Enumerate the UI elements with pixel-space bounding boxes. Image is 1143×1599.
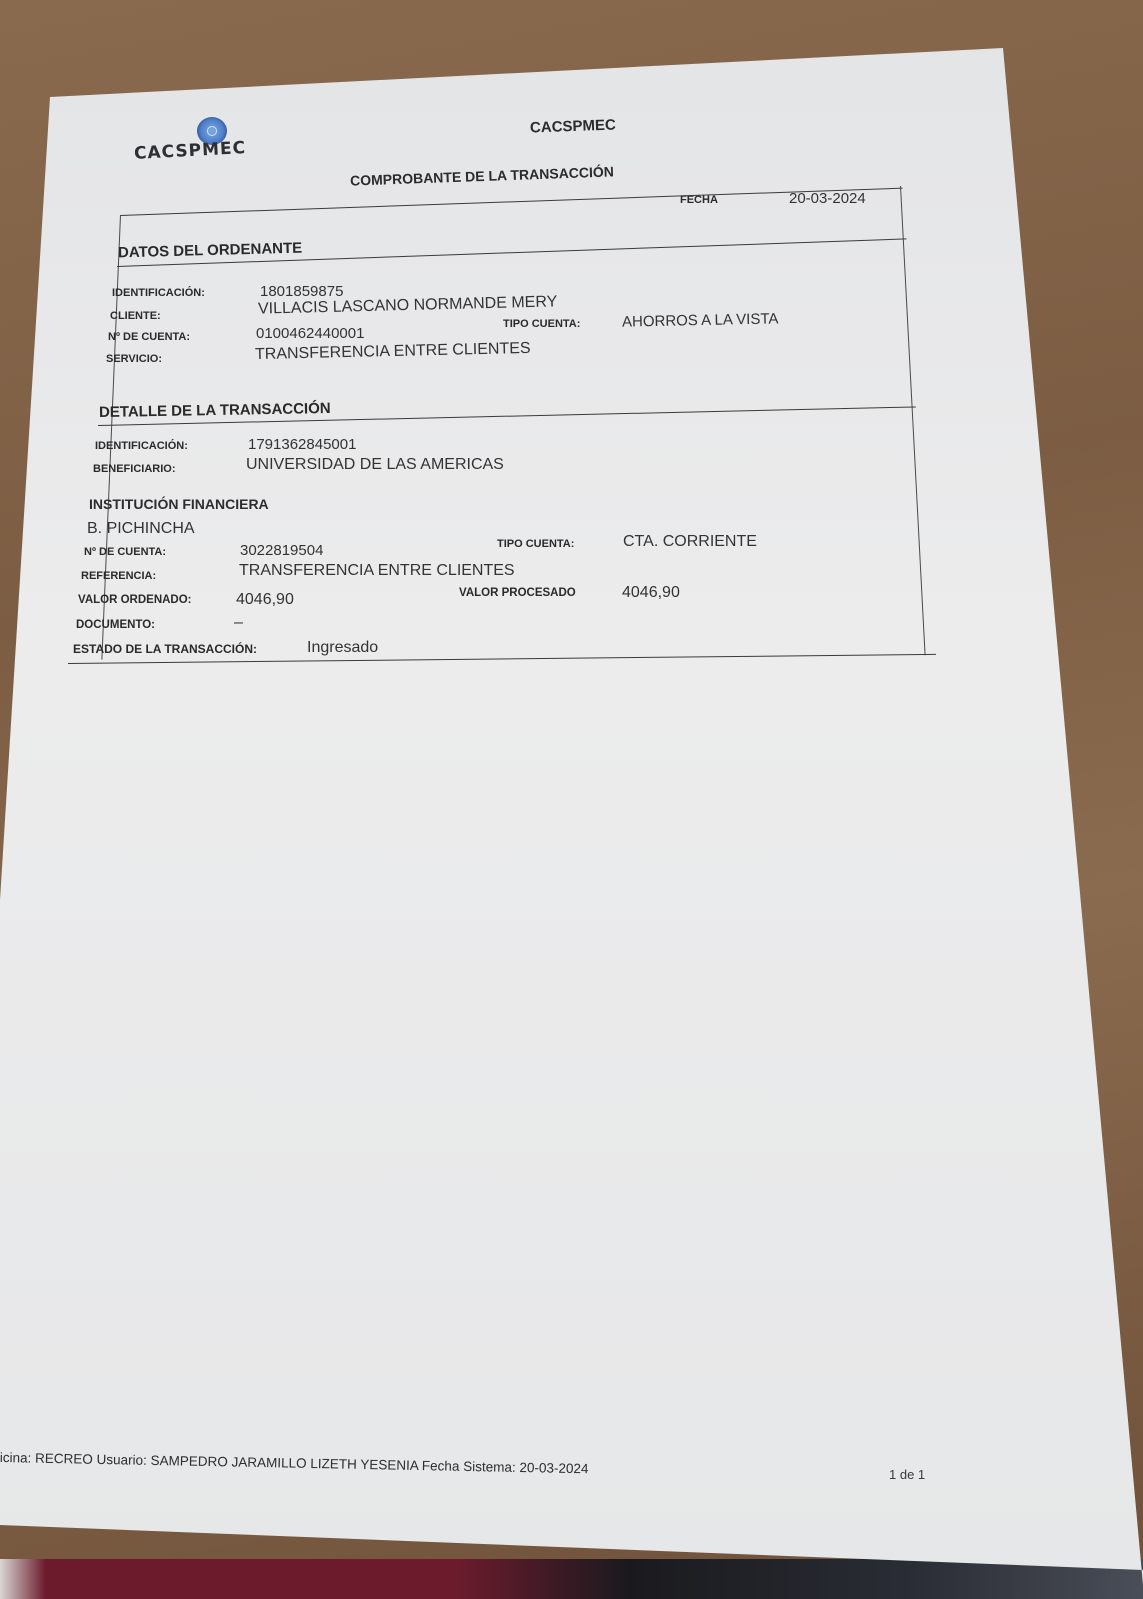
detalle-referencia-label: REFERENCIA: xyxy=(81,570,156,582)
detalle-estado-label: ESTADO DE LA TRANSACCIÓN: xyxy=(73,642,257,656)
footer-info: icina: RECREO Usuario: SAMPEDRO JARAMILL… xyxy=(0,1450,589,1476)
fecha-label: FECHA xyxy=(680,194,718,206)
ordenante-section-title: DATOS DEL ORDENANTE xyxy=(118,240,303,262)
detalle-cuenta-value: 3022819504 xyxy=(240,542,323,559)
fecha-value: 20-03-2024 xyxy=(789,190,866,207)
detalle-documento-label: DOCUMENTO: xyxy=(76,619,155,631)
detalle-beneficiario-value: UNIVERSIDAD DE LAS AMERICAS xyxy=(246,456,504,474)
ordenante-cuenta-value: 0100462440001 xyxy=(256,325,364,342)
ordenante-tipo-cuenta-label: TIPO CUENTA: xyxy=(503,318,580,330)
detalle-referencia-value: TRANSFERENCIA ENTRE CLIENTES xyxy=(239,562,515,580)
table-right-border xyxy=(900,186,926,655)
receipt-paper: CACSPMEC CACSPMEC COMPROBANTE DE LA TRAN… xyxy=(0,0,1143,1599)
detalle-cuenta-label: Nº DE CUENTA: xyxy=(84,546,166,558)
ordenante-cuenta-label: Nº DE CUENTA: xyxy=(108,331,190,343)
ordenante-identificacion-label: IDENTIFICACIÓN: xyxy=(112,287,205,299)
ordenante-cliente-label: CLIENTE: xyxy=(110,310,161,322)
ordenante-tipo-cuenta-value: AHORROS A LA VISTA xyxy=(622,310,779,330)
logo-text: CACSPMEC xyxy=(134,138,247,164)
ordenante-identificacion-value: 1801859875 xyxy=(260,283,343,300)
detalle-estado-value: Ingresado xyxy=(307,639,378,657)
detalle-tipo-cuenta-label: TIPO CUENTA: xyxy=(497,538,574,550)
table-top-border xyxy=(120,188,903,216)
page-number: 1 de 1 xyxy=(889,1467,925,1482)
table-left-border xyxy=(101,215,121,660)
detalle-valor-ordenado-value: 4046,90 xyxy=(236,591,294,609)
detalle-section-title: DETALLE DE LA TRANSACCIÓN xyxy=(99,400,331,421)
ordenante-servicio-label: SERVICIO: xyxy=(106,353,162,365)
detalle-institucion-value: B. PICHINCHA xyxy=(87,520,195,538)
detalle-valor-ordenado-label: VALOR ORDENADO: xyxy=(78,594,192,606)
document-title: COMPROBANTE DE LA TRANSACCIÓN xyxy=(350,163,614,188)
detalle-documento-value: – xyxy=(234,614,243,632)
institution-name: CACSPMEC xyxy=(530,117,616,137)
detalle-institucion-label: INSTITUCIÓN FINANCIERA xyxy=(89,496,269,512)
detalle-tipo-cuenta-value: CTA. CORRIENTE xyxy=(623,533,757,551)
detalle-identificacion-label: IDENTIFICACIÓN: xyxy=(95,440,188,452)
detalle-beneficiario-label: BENEFICIARIO: xyxy=(93,463,176,475)
ordenante-servicio-value: TRANSFERENCIA ENTRE CLIENTES xyxy=(255,340,531,364)
detalle-valor-procesado-value: 4046,90 xyxy=(622,584,680,602)
background-fabric xyxy=(0,1559,1143,1599)
detalle-valor-procesado-label: VALOR PROCESADO xyxy=(459,587,576,599)
detalle-identificacion-value: 1791362845001 xyxy=(248,436,356,453)
